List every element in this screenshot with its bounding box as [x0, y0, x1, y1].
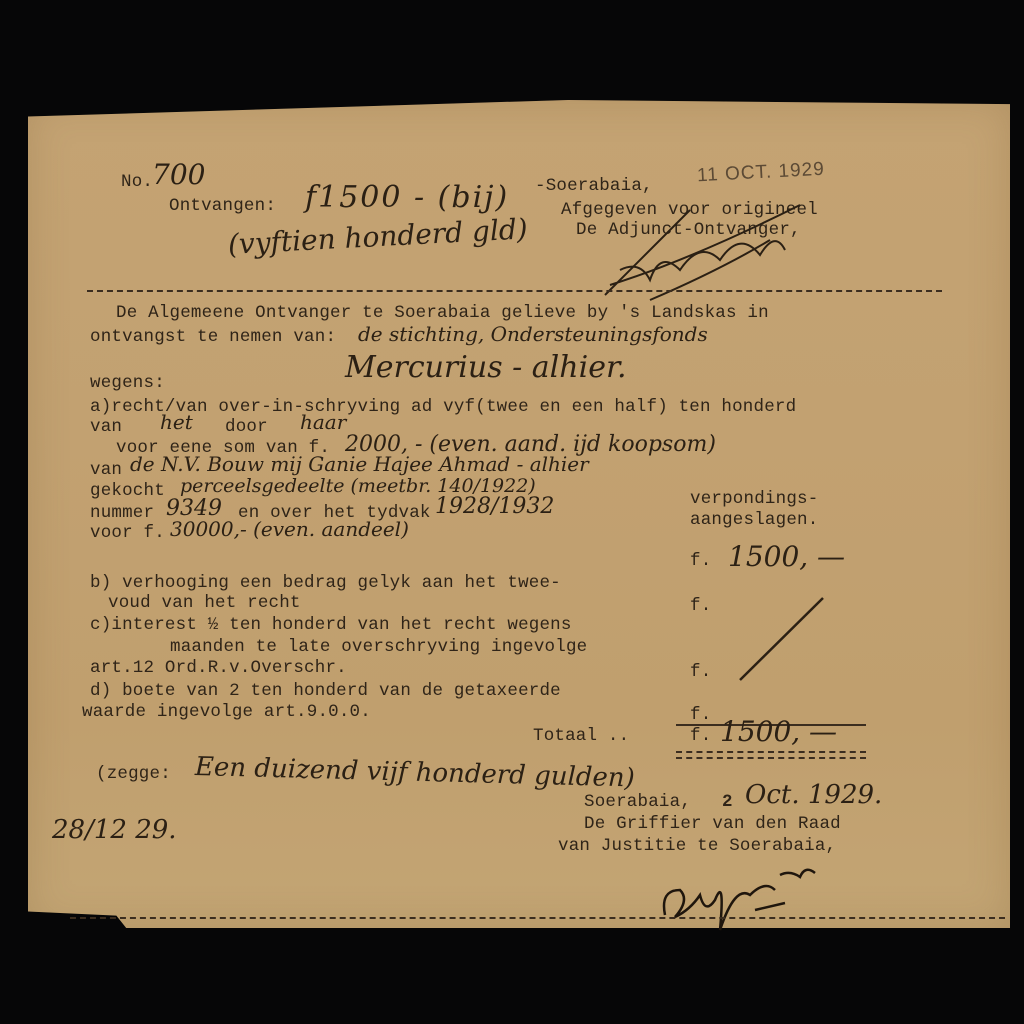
- amount-a-currency: f.: [690, 551, 711, 572]
- total-amount: 1500, —: [720, 715, 837, 748]
- item-b-line-2: voud van het recht: [108, 593, 301, 614]
- item-a-period-handwritten: 1928/1932: [435, 494, 554, 519]
- zegge-label: (zegge:: [96, 764, 171, 785]
- payer-name-handwritten: de stichting, Ondersteuningsfonds: [358, 322, 708, 346]
- closing-date-handwritten: Oct. 1929.: [745, 780, 882, 810]
- amount-a-value: 1500, —: [728, 540, 845, 573]
- amount-column-header-1: verpondings-: [690, 489, 818, 510]
- item-b-line-1: b) verhooging een bedrag gelyk aan het t…: [90, 573, 561, 594]
- number-label: No.: [121, 172, 153, 193]
- item-a-line-5-prefix: gekocht: [90, 481, 165, 502]
- margin-date-handwritten: 28/12 29.: [52, 815, 177, 845]
- item-a-line-7-prefix: voor f.: [90, 523, 165, 544]
- item-a-line-4-prefix: van: [90, 460, 122, 481]
- received-label: Ontvangen:: [169, 196, 276, 217]
- amount-column-header-2: aangeslagen.: [690, 510, 818, 531]
- received-amount: f1500 - (bij): [305, 180, 509, 215]
- total-currency: f.: [690, 726, 711, 747]
- wegens-label: wegens:: [90, 373, 165, 394]
- item-a-value-handwritten: 30000,- (even. aandeel): [170, 517, 409, 541]
- amount-b-currency: f.: [690, 596, 711, 617]
- section-divider: [87, 290, 942, 292]
- closing-place: Soerabaia,: [584, 792, 691, 813]
- item-a-line-2-prefix: van: [90, 417, 122, 438]
- item-c-line-2: maanden te late overschryving ingevolge: [170, 637, 587, 658]
- item-c-line-3: art.12 Ord.R.v.Overschr.: [90, 658, 347, 679]
- total-label: Totaal ..: [533, 726, 629, 747]
- number-value: 700: [152, 158, 205, 191]
- amount-d-currency: f.: [690, 705, 711, 726]
- total-double-rule: [676, 751, 866, 759]
- amount-c-currency: f.: [690, 662, 711, 683]
- item-a-hand-het: het: [160, 410, 193, 434]
- bottom-perforation: [70, 917, 1005, 919]
- item-a-line-1: a)recht/van over-in-schryving ad vyf(twe…: [90, 397, 796, 418]
- adjunct-signature-icon: [600, 200, 820, 310]
- item-d-line-2: waarde ingevolge art.9.0.0.: [82, 702, 371, 723]
- griffier-signature-icon: [655, 855, 825, 935]
- item-a-line-6-prefix: nummer: [90, 503, 154, 524]
- item-a-line-2-mid: door: [225, 417, 268, 438]
- instruction-line-1: De Algemeene Ontvanger te Soerabaia geli…: [116, 303, 769, 324]
- item-a-hand-haar: haar: [300, 410, 346, 434]
- griffier-line-2: van Justitie te Soerabaia,: [558, 836, 836, 857]
- item-c-line-1: c)interest ½ ten honderd van het recht w…: [90, 615, 572, 636]
- closing-day: 2: [722, 792, 733, 813]
- griffier-line-1: De Griffier van den Raad: [584, 814, 841, 835]
- instruction-line-2: ontvangst te nemen van:: [90, 327, 336, 348]
- place-prefix: -Soerabaia,: [535, 176, 653, 197]
- payer-name-line-2-handwritten: Mercurius - alhier.: [345, 350, 627, 385]
- amount-strikethrough-icon: [735, 595, 825, 685]
- item-d-line-1: d) boete van 2 ten honderd van de getaxe…: [90, 681, 561, 702]
- item-a-seller-handwritten: de N.V. Bouw mij Ganie Hajee Ahmad - alh…: [130, 452, 589, 476]
